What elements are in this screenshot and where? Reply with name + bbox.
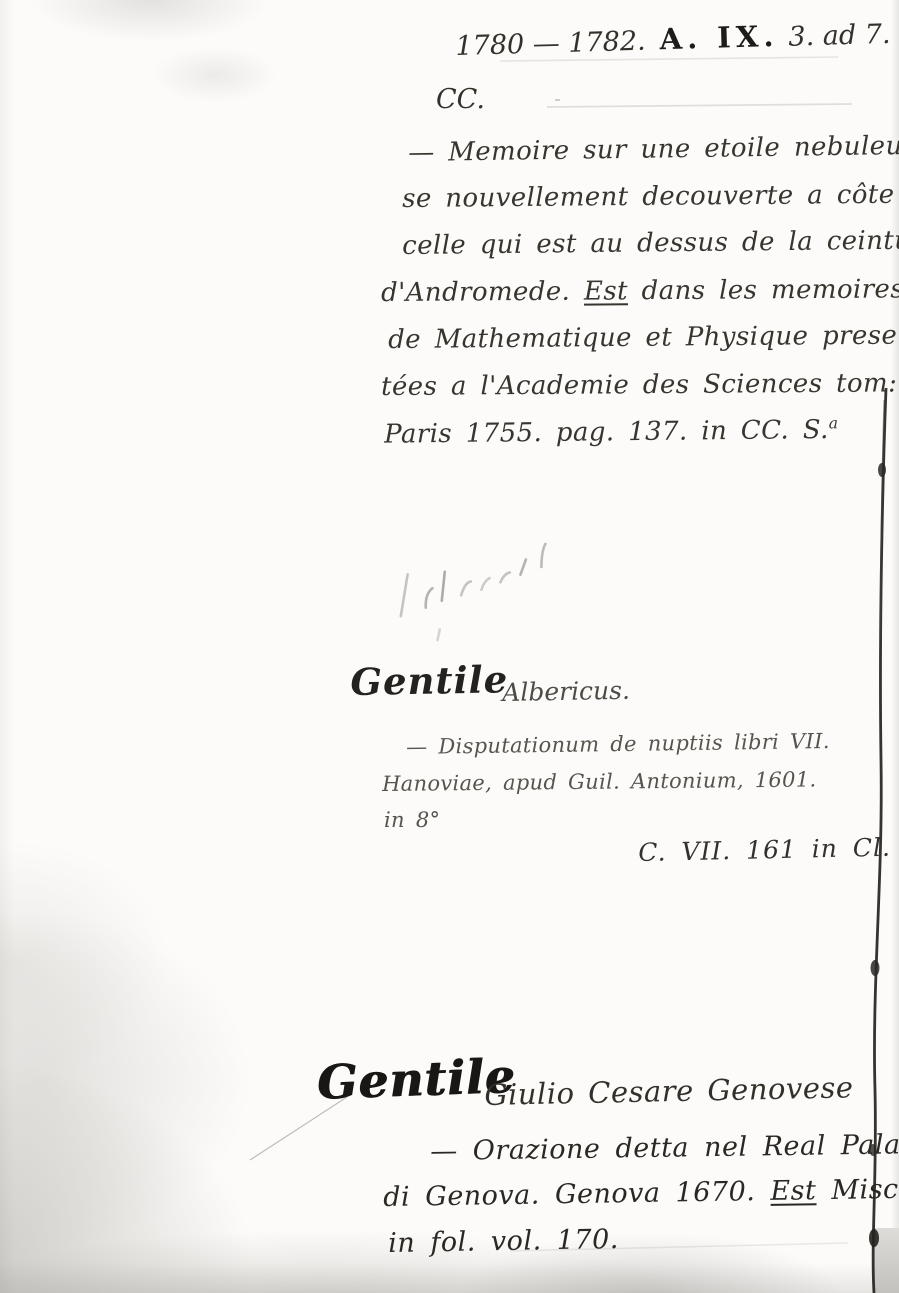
memoir-line-4-pre: d'Andromede.: [381, 277, 584, 308]
memoir-line-4-post: dans les memoires: [628, 274, 899, 306]
memoir-line-7-superscript: a: [829, 414, 839, 432]
author-name-giulio: Giulio Cesare Genovese: [484, 1070, 854, 1112]
memoir-line-6: tées a l'Academie des Sciences tom: II.: [381, 368, 899, 402]
manuscript-catalog-page: 1780 — 1782.A. IX.3. ad 7. in CC. — Memo…: [0, 0, 899, 1293]
memoir-line-3: celle qui est au dessus de la ceinture: [402, 225, 899, 261]
albericus-line-3: in 8°: [384, 808, 440, 832]
giulio-line-2-pre: di Genova. Genova 1670.: [383, 1176, 771, 1213]
giulio-line-2: di Genova. Genova 1670. Est Miscell.: [383, 1173, 899, 1213]
memoir-line-1: — Memoire sur une etoile nebuleu=: [408, 131, 899, 168]
author-heading-albericus: Gentile: [350, 657, 509, 704]
date-range: 1780 — 1782.: [455, 26, 646, 62]
giulio-line-3: in fol. vol. 170.: [388, 1224, 619, 1259]
albericus-shelfmark: C. VII. 161 in Cl.: [638, 833, 891, 867]
classmark-line: 1780 — 1782.A. IX.3. ad 7. in: [455, 15, 899, 62]
giulio-line-2-post: Miscell.: [816, 1173, 899, 1206]
author-name-albericus: Albericus.: [502, 676, 630, 707]
memoir-line-5: de Mathematique et Physique presen=: [388, 320, 899, 355]
memoir-line-7-main: Paris 1755. pag. 137. in CC. S.: [384, 415, 829, 450]
memoir-line-2: se nouvellement decouverte a côte de: [402, 179, 899, 214]
memoir-line-4: d'Andromede. Est dans les memoires: [381, 274, 899, 308]
classmark-continuation: CC.: [436, 84, 485, 115]
classmark-rest: 3. ad 7. in: [788, 18, 899, 53]
memoir-line-4-underlined: Est: [584, 276, 628, 306]
faint-rule-line: [547, 104, 852, 107]
giulio-line-2-underlined: Est: [770, 1175, 816, 1207]
classmark-bold: A. IX.: [659, 19, 779, 56]
albericus-line-2: Hanoviae, apud Guil. Antonium, 1601.: [382, 767, 817, 796]
faded-ink-ghost: [393, 544, 559, 646]
memoir-line-7: Paris 1755. pag. 137. in CC. S.a: [384, 414, 839, 449]
giulio-line-1: — Orazione detta nel Real Palazzo: [430, 1129, 899, 1167]
adjacent-page-sliver: [873, 1228, 899, 1293]
albericus-line-1: — Disputationum de nuptiis libri VII.: [406, 729, 830, 759]
